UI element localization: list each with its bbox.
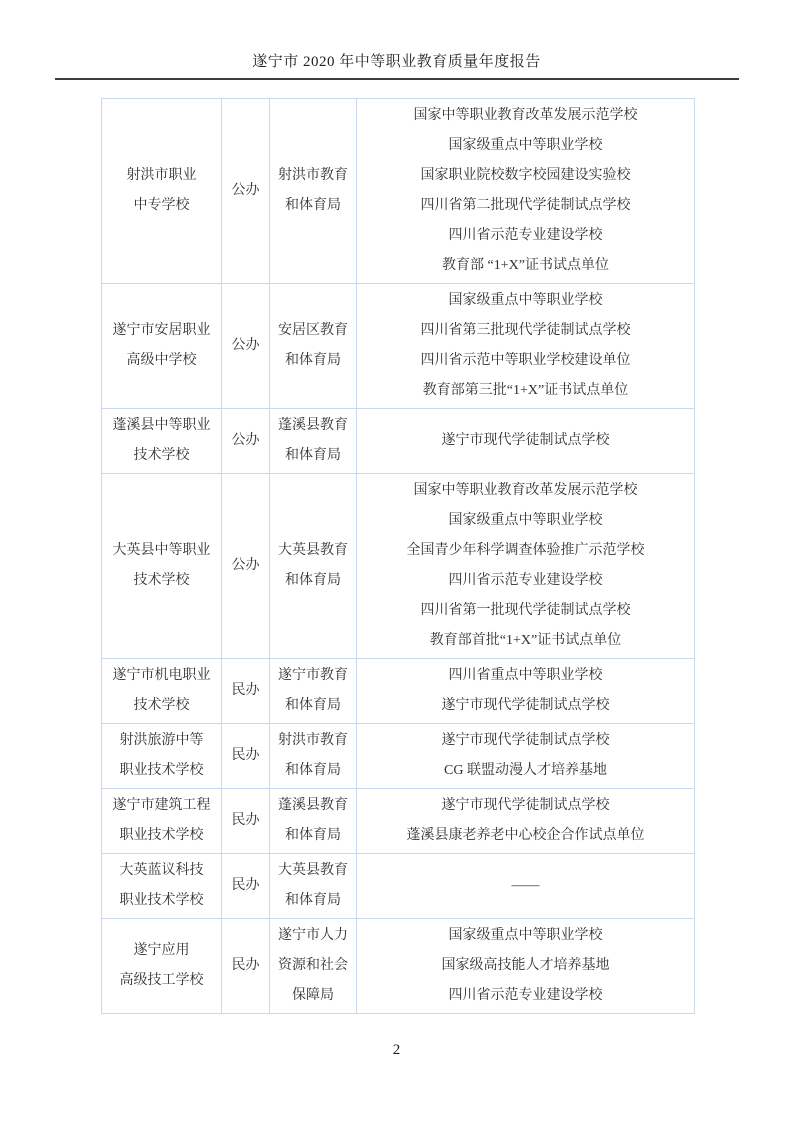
- competent-department: 大英县教育和体育局: [270, 474, 357, 659]
- school-honors-line: 四川省第二批现代学徒制试点学校: [357, 191, 694, 221]
- competent-department-line: 射洪市教育: [270, 161, 356, 191]
- school-name-line: 遂宁应用: [102, 936, 221, 966]
- school-name: 大英蓝议科技职业技术学校: [102, 854, 222, 919]
- school-type: 公办: [222, 409, 270, 474]
- school-honors: 国家级重点中等职业学校四川省第三批现代学徒制试点学校四川省示范中等职业学校建设单…: [357, 284, 695, 409]
- school-honors-line: 四川省示范专业建设学校: [357, 566, 694, 596]
- table-row: 遂宁市安居职业高级中学校公办安居区教育和体育局国家级重点中等职业学校四川省第三批…: [102, 284, 695, 409]
- school-name-line: 射洪市职业: [102, 161, 221, 191]
- school-honors-line: 蓬溪县康老养老中心校企合作试点单位: [357, 821, 694, 851]
- school-honors-line: 四川省第一批现代学徒制试点学校: [357, 596, 694, 626]
- school-honors-line: 国家级重点中等职业学校: [357, 131, 694, 161]
- school-name-line: 技术学校: [102, 566, 221, 596]
- competent-department: 蓬溪县教育和体育局: [270, 789, 357, 854]
- school-type-line: 民办: [222, 741, 269, 771]
- table-row: 遂宁应用高级技工学校民办遂宁市人力资源和社会保障局国家级重点中等职业学校国家级高…: [102, 919, 695, 1014]
- school-honors-line: 国家级重点中等职业学校: [357, 921, 694, 951]
- competent-department-line: 大英县教育: [270, 536, 356, 566]
- competent-department: 蓬溪县教育和体育局: [270, 409, 357, 474]
- competent-department: 遂宁市人力资源和社会保障局: [270, 919, 357, 1014]
- school-table: 射洪市职业中专学校公办射洪市教育和体育局国家中等职业教育改革发展示范学校国家级重…: [101, 98, 695, 1014]
- school-name: 遂宁市机电职业技术学校: [102, 659, 222, 724]
- school-name: 遂宁市安居职业高级中学校: [102, 284, 222, 409]
- school-honors-line: 教育部 “1+X”证书试点单位: [357, 251, 694, 281]
- table-row: 蓬溪县中等职业技术学校公办蓬溪县教育和体育局遂宁市现代学徒制试点学校: [102, 409, 695, 474]
- competent-department-line: 和体育局: [270, 691, 356, 721]
- competent-department-line: 和体育局: [270, 441, 356, 471]
- school-name-line: 技术学校: [102, 691, 221, 721]
- school-honors-line: 四川省示范中等职业学校建设单位: [357, 346, 694, 376]
- school-honors-line: 遂宁市现代学徒制试点学校: [357, 726, 694, 756]
- table-row: 射洪市职业中专学校公办射洪市教育和体育局国家中等职业教育改革发展示范学校国家级重…: [102, 99, 695, 284]
- school-type: 公办: [222, 284, 270, 409]
- school-honors: ——: [357, 854, 695, 919]
- school-type: 公办: [222, 99, 270, 284]
- school-type-line: 公办: [222, 331, 269, 361]
- school-name-line: 遂宁市建筑工程: [102, 791, 221, 821]
- competent-department-line: 资源和社会: [270, 951, 356, 981]
- competent-department-line: 安居区教育: [270, 316, 356, 346]
- school-honors: 国家中等职业教育改革发展示范学校国家级重点中等职业学校全国青少年科学调查体验推广…: [357, 474, 695, 659]
- competent-department-line: 和体育局: [270, 886, 356, 916]
- school-honors: 国家级重点中等职业学校国家级高技能人才培养基地四川省示范专业建设学校: [357, 919, 695, 1014]
- school-name: 蓬溪县中等职业技术学校: [102, 409, 222, 474]
- competent-department: 遂宁市教育和体育局: [270, 659, 357, 724]
- document-page: 遂宁市 2020 年中等职业教育质量年度报告 射洪市职业中专学校公办射洪市教育和…: [0, 0, 793, 1122]
- school-type-line: 公办: [222, 176, 269, 206]
- school-honors-line: CG 联盟动漫人才培养基地: [357, 756, 694, 786]
- school-honors-line: 遂宁市现代学徒制试点学校: [357, 691, 694, 721]
- school-name-line: 射洪旅游中等: [102, 726, 221, 756]
- table-row: 遂宁市建筑工程职业技术学校民办蓬溪县教育和体育局遂宁市现代学徒制试点学校蓬溪县康…: [102, 789, 695, 854]
- school-type-line: 公办: [222, 551, 269, 581]
- school-name-line: 中专学校: [102, 191, 221, 221]
- table-row: 射洪旅游中等职业技术学校民办射洪市教育和体育局遂宁市现代学徒制试点学校CG 联盟…: [102, 724, 695, 789]
- school-honors-line: 四川省第三批现代学徒制试点学校: [357, 316, 694, 346]
- school-honors-line: 国家级重点中等职业学校: [357, 506, 694, 536]
- school-type-line: 民办: [222, 806, 269, 836]
- competent-department-line: 遂宁市人力: [270, 921, 356, 951]
- school-honors: 四川省重点中等职业学校遂宁市现代学徒制试点学校: [357, 659, 695, 724]
- school-name-line: 职业技术学校: [102, 756, 221, 786]
- school-name-line: 职业技术学校: [102, 821, 221, 851]
- school-honors-line: 国家中等职业教育改革发展示范学校: [357, 101, 694, 131]
- school-type-line: 民办: [222, 871, 269, 901]
- school-honors-line: 教育部第三批“1+X”证书试点单位: [357, 376, 694, 406]
- school-honors-line: 国家级高技能人才培养基地: [357, 951, 694, 981]
- school-name-line: 大英县中等职业: [102, 536, 221, 566]
- school-name: 射洪旅游中等职业技术学校: [102, 724, 222, 789]
- competent-department: 射洪市教育和体育局: [270, 724, 357, 789]
- competent-department: 射洪市教育和体育局: [270, 99, 357, 284]
- table-row: 大英蓝议科技职业技术学校民办大英县教育和体育局——: [102, 854, 695, 919]
- school-type: 公办: [222, 474, 270, 659]
- school-honors-line: 四川省示范专业建设学校: [357, 981, 694, 1011]
- school-name-line: 蓬溪县中等职业: [102, 411, 221, 441]
- competent-department-line: 和体育局: [270, 566, 356, 596]
- competent-department-line: 和体育局: [270, 756, 356, 786]
- competent-department-line: 蓬溪县教育: [270, 411, 356, 441]
- school-name-line: 技术学校: [102, 441, 221, 471]
- competent-department: 安居区教育和体育局: [270, 284, 357, 409]
- school-type: 民办: [222, 789, 270, 854]
- school-name-line: 高级技工学校: [102, 966, 221, 996]
- competent-department-line: 和体育局: [270, 821, 356, 851]
- school-type-line: 公办: [222, 426, 269, 456]
- school-name: 大英县中等职业技术学校: [102, 474, 222, 659]
- school-honors: 遂宁市现代学徒制试点学校: [357, 409, 695, 474]
- school-honors-line: 四川省重点中等职业学校: [357, 661, 694, 691]
- school-name-line: 大英蓝议科技: [102, 856, 221, 886]
- school-type: 民办: [222, 854, 270, 919]
- school-honors-line: 国家职业院校数字校园建设实验校: [357, 161, 694, 191]
- header-rule: [55, 78, 739, 80]
- school-type: 民办: [222, 919, 270, 1014]
- school-honors-line: ——: [357, 871, 694, 901]
- school-name: 遂宁应用高级技工学校: [102, 919, 222, 1014]
- competent-department-line: 和体育局: [270, 191, 356, 221]
- school-name: 射洪市职业中专学校: [102, 99, 222, 284]
- school-honors: 遂宁市现代学徒制试点学校CG 联盟动漫人才培养基地: [357, 724, 695, 789]
- school-name: 遂宁市建筑工程职业技术学校: [102, 789, 222, 854]
- school-name-line: 遂宁市机电职业: [102, 661, 221, 691]
- table-row: 大英县中等职业技术学校公办大英县教育和体育局国家中等职业教育改革发展示范学校国家…: [102, 474, 695, 659]
- header-title: 遂宁市 2020 年中等职业教育质量年度报告: [0, 50, 793, 71]
- school-name-line: 高级中学校: [102, 346, 221, 376]
- school-name-line: 职业技术学校: [102, 886, 221, 916]
- school-honors-line: 全国青少年科学调查体验推广示范学校: [357, 536, 694, 566]
- competent-department-line: 大英县教育: [270, 856, 356, 886]
- page-header: 遂宁市 2020 年中等职业教育质量年度报告: [0, 50, 793, 80]
- school-type-line: 民办: [222, 676, 269, 706]
- page-number: 2: [393, 1042, 401, 1058]
- school-type: 民办: [222, 724, 270, 789]
- competent-department-line: 射洪市教育: [270, 726, 356, 756]
- school-honors-line: 遂宁市现代学徒制试点学校: [357, 791, 694, 821]
- school-honors-line: 国家级重点中等职业学校: [357, 286, 694, 316]
- competent-department-line: 保障局: [270, 981, 356, 1011]
- school-type-line: 民办: [222, 951, 269, 981]
- school-honors-line: 四川省示范专业建设学校: [357, 221, 694, 251]
- school-honors-line: 遂宁市现代学徒制试点学校: [357, 426, 694, 456]
- school-type: 民办: [222, 659, 270, 724]
- school-honors-line: 国家中等职业教育改革发展示范学校: [357, 476, 694, 506]
- school-honors-line: 教育部首批“1+X”证书试点单位: [357, 626, 694, 656]
- competent-department: 大英县教育和体育局: [270, 854, 357, 919]
- competent-department-line: 遂宁市教育: [270, 661, 356, 691]
- competent-department-line: 蓬溪县教育: [270, 791, 356, 821]
- table-row: 遂宁市机电职业技术学校民办遂宁市教育和体育局四川省重点中等职业学校遂宁市现代学徒…: [102, 659, 695, 724]
- school-honors: 遂宁市现代学徒制试点学校蓬溪县康老养老中心校企合作试点单位: [357, 789, 695, 854]
- competent-department-line: 和体育局: [270, 346, 356, 376]
- school-table-body: 射洪市职业中专学校公办射洪市教育和体育局国家中等职业教育改革发展示范学校国家级重…: [102, 99, 695, 1014]
- school-honors: 国家中等职业教育改革发展示范学校国家级重点中等职业学校国家职业院校数字校园建设实…: [357, 99, 695, 284]
- school-name-line: 遂宁市安居职业: [102, 316, 221, 346]
- page-footer: 2: [0, 1042, 793, 1059]
